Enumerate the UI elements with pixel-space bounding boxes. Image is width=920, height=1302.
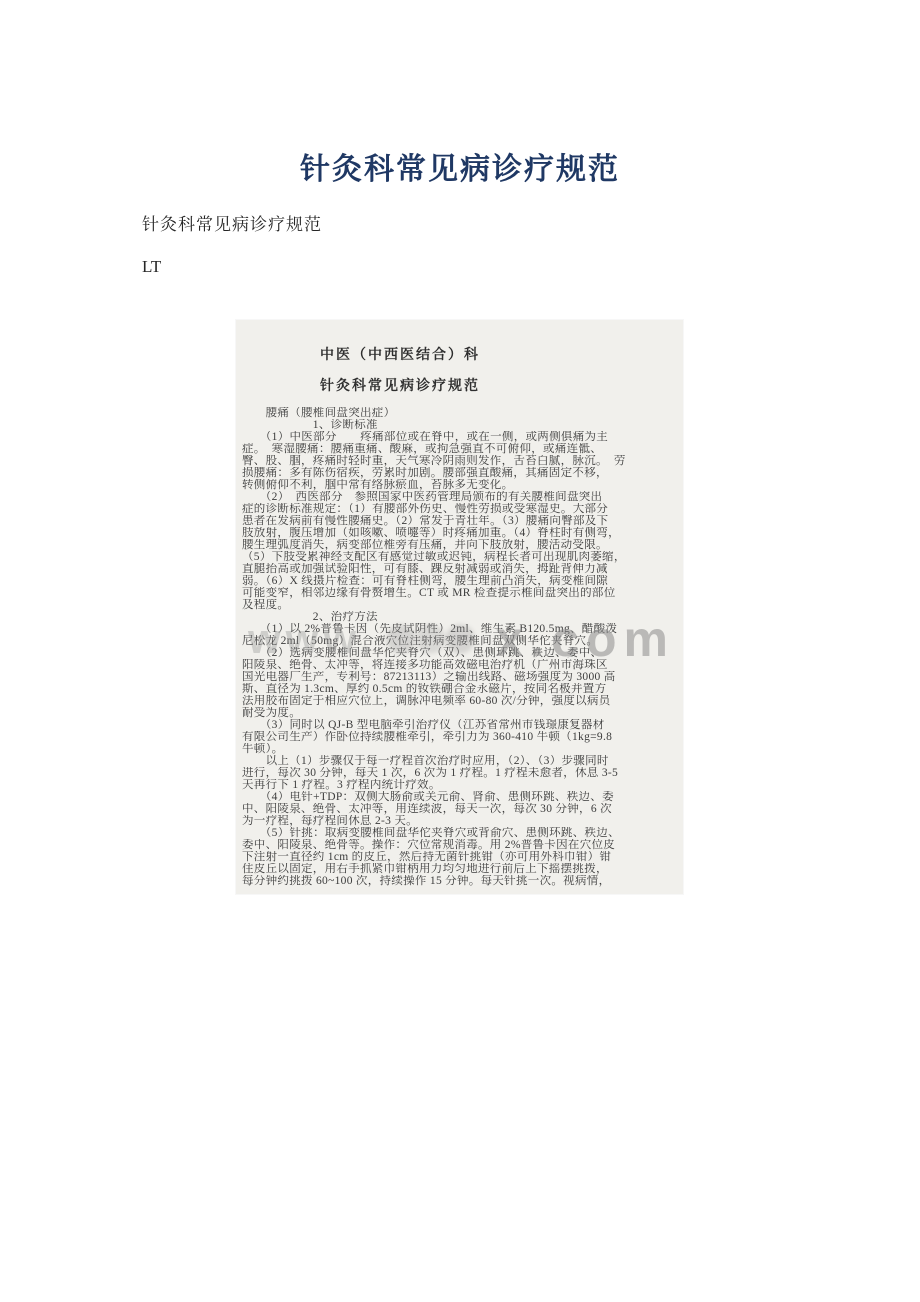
scan-text-line: 每分钟约挑拨 60~100 次，持续操作 15 分钟。每天针挑一次。视病情， [242,875,683,887]
scan-text-line: 腰痛（腰椎间盘突出症） [242,407,683,419]
scan-text-line: 下注射一直径约 1cm 的皮丘，然后持无菌针挑钳（亦可用外科巾钳）钳 [242,851,683,863]
scan-text-line: 及程度。 [242,599,683,611]
scan-text-line: 直腿抬高或加强试验阳性，可有膝、踝反射减弱或消失，拇趾背伸力减 [242,563,683,575]
scanned-document-image: 中医（中西医结合）科 针灸科常见病诊疗规范 腰痛（腰椎间盘突出症） 1、诊断标准… [236,320,683,894]
scan-text-line: 以上（1）步骤仅于每一疗程首次治疗时应用，（2）、（3）步骤同时 [242,755,683,767]
scan-text-line: 2、治疗方法 [242,611,683,623]
scan-text-line: 有限公司生产）作卧位持续腰椎牵引，牵引力为 360-410 牛顿（1kg=9.8 [242,731,683,743]
scan-text-line: 阳陵泉、绝骨、太冲等，将连接多功能高效磁电治疗机（广州市海珠区 [242,659,683,671]
scan-text-line: 进行，每次 30 分钟，每天 1 次，6 次为 1 疗程。1 疗程未愈者，休息 … [242,767,683,779]
scan-text-line: 损腰痛：多有陈伤宿疾，劳累时加剧。腰部强直酸痛，其痛固定不移， [242,467,683,479]
scan-text-line: 臀、股、腘，疼痛时轻时重，天气寒冷阴雨则发作，舌苔白腻，脉沉。 劳 [242,455,683,467]
page-title: 针灸科常见病诊疗规范 [0,0,920,188]
document-page: 针灸科常见病诊疗规范 针灸科常见病诊疗规范 LT 中医（中西医结合）科 针灸科常… [0,0,920,1302]
scan-text-line: 肢放射，腹压增加（如咳嗽、喷嚏等）时疼痛加重。（4）脊柱时有侧弯， [242,527,683,539]
scan-text-line: 可能变窄，相邻边缘有骨赘增生。CT 或 MR 检查提示椎间盘突出的部位 [242,587,683,599]
scan-text-line: 牛顿）。 [242,743,683,755]
scan-text-line: 1、诊断标准 [242,419,683,431]
scan-text-line: 斯、直径为 1.3cm、厚约 0.5cm 的钕铁硼合金永磁片，按同名极并置方 [242,683,683,695]
scan-text-line: 为一疗程，每疗程间休息 2-3 天。 [242,815,683,827]
scan-text-line: （4）电针+TDP：双侧大肠俞或关元俞、肾俞、患侧环跳、秩边、委 [242,791,683,803]
scan-text-line: （1）以 2%普鲁卡因（先皮试阴性）2ml、维生素 B120.5mg、醋酸泼 [242,623,683,635]
scan-text-line: 尼松龙 2ml（50mg）混合液穴位注射病变腰椎间盘双侧华佗夹脊穴。 [242,635,683,647]
scan-title-heading: 针灸科常见病诊疗规范 [320,375,683,395]
scan-text-line: 法用胶布固定于相应穴位上，调脉冲电频率 60-80 次/分钟，强度以病员 [242,695,683,707]
scan-text-line: 天再行下 1 疗程。3 疗程内统计疗效。 [242,779,683,791]
scan-text-line: （2） 西医部分 参照国家中医药管理局颁布的有关腰椎间盘突出 [242,491,683,503]
scan-text-line: （3）同时以 QJ-B 型电脑牵引治疗仪（江苏省常州市钱璟康复器材 [242,719,683,731]
scan-text-line: 转侧俯仰不利，腘中常有络脉瘀血，苔脉多无变化。 [242,479,683,491]
subtitle-text: 针灸科常见病诊疗规范 [142,210,920,235]
scan-text-line: 患者在发病前有慢性腰痛史。（2）常发于青壮年。（3）腰痛向臀部及下 [242,515,683,527]
scan-department-heading: 中医（中西医结合）科 [320,344,683,364]
scan-body-text: 腰痛（腰椎间盘突出症） 1、诊断标准 （1）中医部分 疼痛部位或在脊中，或在一侧… [236,407,683,887]
scan-text-line: 耐受为度。 [242,707,683,719]
scan-text-line: 委中、阳陵泉、绝骨等。操作：穴位常规消毒。用 2%普鲁卡因在穴位皮 [242,839,683,851]
scan-text-line: （5）针挑：取病变腰椎间盘华佗夹脊穴或背俞穴、患侧环跳、秩边、 [242,827,683,839]
scan-text-line: 弱。（6）X 线摄片检查：可有脊柱侧弯，腰生理前凸消失，病变椎间隙 [242,575,683,587]
scan-text-line: 腰生理弧度消失，病变部位椎旁有压痛，并向下肢放射，腰活动受限。 [242,539,683,551]
scan-text-line: 症。 寒湿腰痛：腰痛重痛、酸麻，或拘急强直不可俯仰，或痛连骶、 [242,443,683,455]
scan-text-line: 国光电器厂生产，专利号：87213113）之输出线路、磁场强度为 3000 高 [242,671,683,683]
byline-text: LT [142,257,920,277]
scan-text-line: （1）中医部分 疼痛部位或在脊中，或在一侧，或两侧俱痛为主 [242,431,683,443]
scan-text-line: 住皮丘以固定，用右手抓紧巾钳柄用力均匀地进行前后上下摇摆挑拨， [242,863,683,875]
scan-text-line: （2）选病变腰椎间盘华佗夹脊穴（双）、患侧环跳、秩边、委中、 [242,647,683,659]
scan-text-line: 中、阳陵泉、绝骨、太冲等，用连续波，每天一次，每次 30 分钟，6 次 [242,803,683,815]
scan-text-line: 症的诊断标准规定：（1）有腰部外伤史、慢性劳损或受寒湿史。大部分 [242,503,683,515]
scan-text-line: （5）下肢受累神经支配区有感觉过敏或迟钝，病程长者可出现肌肉萎缩， [242,551,683,563]
